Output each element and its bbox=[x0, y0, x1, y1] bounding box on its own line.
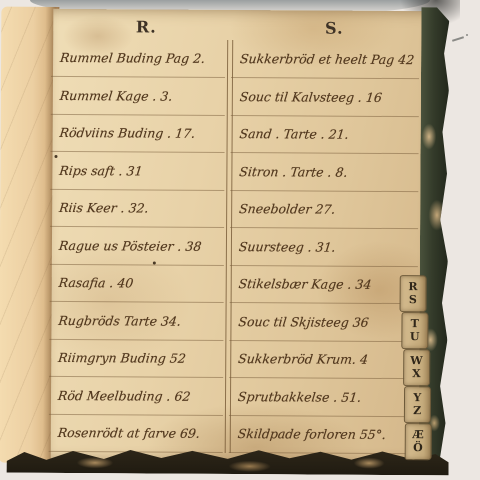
tab-letter: U bbox=[410, 331, 420, 343]
tab-letter: W bbox=[410, 355, 423, 367]
tab-wx: W X bbox=[403, 349, 430, 386]
tab-letter: S bbox=[409, 294, 418, 306]
index-entry: Souc til Kalvsteeg . 16 bbox=[231, 78, 423, 117]
tab-tu: T U bbox=[401, 312, 428, 349]
index-entry: Sitron . Tarte . 8. bbox=[230, 153, 422, 192]
tab-rs: R S bbox=[400, 275, 427, 312]
column-header-r: R. bbox=[61, 17, 231, 37]
index-entry: Rips saft . 31 bbox=[50, 151, 228, 190]
index-entry: Sukkerbröd Krum. 4 bbox=[229, 340, 421, 379]
index-table: Rummel Buding Pag 2. Rummel Kage . 3. Rö… bbox=[51, 39, 422, 454]
ink-speck bbox=[153, 262, 156, 265]
index-entry: Rosenrödt at farve 69. bbox=[49, 414, 227, 453]
column-s: Sukkerbröd et heelt Pag 42 Souc til Kalv… bbox=[231, 40, 422, 454]
tab-aeo: Æ Ö bbox=[405, 423, 432, 460]
tab-letter: Z bbox=[413, 405, 422, 417]
index-entry: Rödviins Buding . 17. bbox=[51, 114, 229, 153]
index-entry: Rague us Pösteier . 38 bbox=[50, 226, 228, 265]
index-entry: Sneebolder 27. bbox=[230, 190, 422, 229]
pencil-mark-dot bbox=[466, 34, 468, 36]
tab-yz: Y Z bbox=[404, 386, 431, 423]
tab-letter: Æ bbox=[412, 429, 424, 441]
index-entry: Riimgryn Buding 52 bbox=[49, 339, 227, 378]
index-entry: Rugbröds Tarte 34. bbox=[49, 301, 227, 340]
column-r: Rummel Buding Pag 2. Rummel Kage . 3. Rö… bbox=[51, 39, 228, 453]
open-book: R. S. Rummel Buding Pag 2. Rummel Kage .… bbox=[0, 1, 457, 476]
index-page: R. S. Rummel Buding Pag 2. Rummel Kage .… bbox=[51, 9, 426, 461]
index-entry: Sand . Tarte . 21. bbox=[231, 115, 423, 154]
index-entry: Riis Keer . 32. bbox=[50, 189, 228, 228]
index-entry: Skildpade forloren 55°. bbox=[229, 415, 421, 454]
index-entry: Souc til Skjisteeg 36 bbox=[229, 303, 421, 342]
index-entry: Rasafia . 40 bbox=[50, 264, 228, 303]
index-entry: Sprutbakkelse . 51. bbox=[229, 378, 421, 417]
index-entry: Sukkerbröd et heelt Pag 42 bbox=[231, 40, 423, 79]
ink-speck bbox=[54, 155, 57, 158]
photo-of-book: R. S. Rummel Buding Pag 2. Rummel Kage .… bbox=[0, 0, 480, 480]
tab-letter: Y bbox=[413, 392, 421, 404]
index-entry: Röd Meelbuding . 62 bbox=[49, 376, 227, 415]
index-entry: Suursteeg . 31. bbox=[230, 228, 422, 267]
column-header-s: S. bbox=[249, 18, 419, 38]
tab-letter: Ö bbox=[413, 442, 423, 454]
tab-letter: R bbox=[408, 281, 418, 293]
index-entry: Stikelsbær Kage . 34 bbox=[230, 265, 422, 304]
tab-letter: X bbox=[412, 368, 421, 380]
tab-letter: T bbox=[411, 318, 420, 330]
index-entry: Rummel Kage . 3. bbox=[51, 76, 229, 115]
index-entry: Rummel Buding Pag 2. bbox=[51, 39, 229, 78]
letter-tabs: R S T U W X Y Z Æ Ö bbox=[397, 275, 430, 460]
